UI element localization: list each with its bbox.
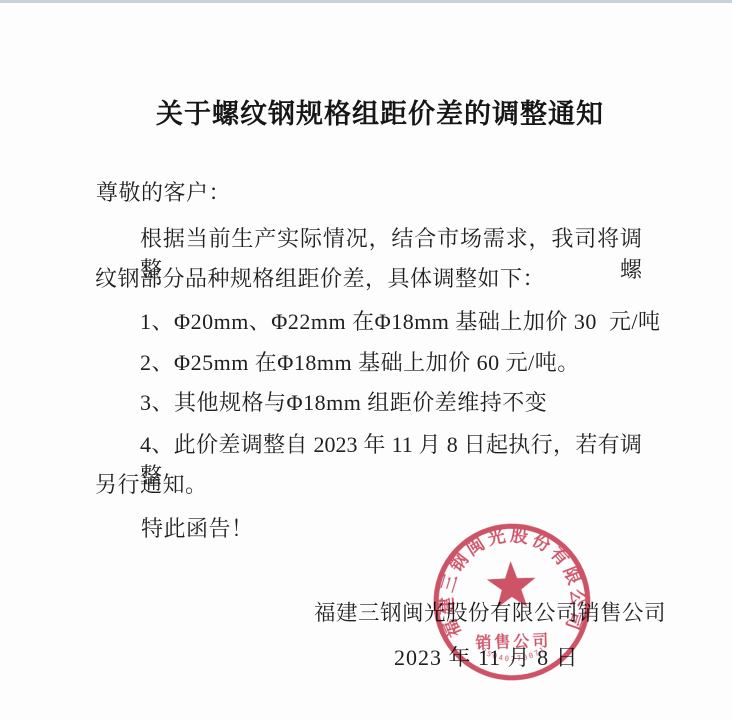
star-icon: [486, 560, 536, 608]
company-seal: 福建三钢闽光股份有限公司 销售公司 35040770071: [427, 517, 597, 689]
salutation: 尊敬的客户：: [96, 176, 231, 207]
body-line-item-1: 1、Φ20mm、Φ22mm 在Φ18mm 基础上加价 30 元/吨: [140, 305, 661, 336]
scan-edge-artifact: [0, 0, 732, 3]
seal-graphic: 福建三钢闽光股份有限公司 销售公司 35040770071: [427, 517, 597, 689]
scanned-notice-page: { "colors": { "seal_red": "#c6324a", "in…: [0, 0, 732, 720]
page-title: 关于螺纹钢规格组距价差的调整通知: [0, 92, 732, 131]
body-line-item-4: 4、此价差调整自 2023 年 11 月 8 日起执行，若有调整: [140, 428, 642, 490]
body-line-item-3: 3、其他规格与Φ18mm 组距价差维持不变: [140, 386, 547, 417]
body-line-item-2: 2、Φ25mm 在Φ18mm 基础上加价 60 元/吨。: [140, 346, 580, 377]
body-line: 纹钢部分品种规格组距价差，具体调整如下：: [95, 262, 545, 293]
body-line: 另行通知。: [95, 468, 208, 499]
closing-phrase: 特此函告！: [141, 512, 254, 543]
